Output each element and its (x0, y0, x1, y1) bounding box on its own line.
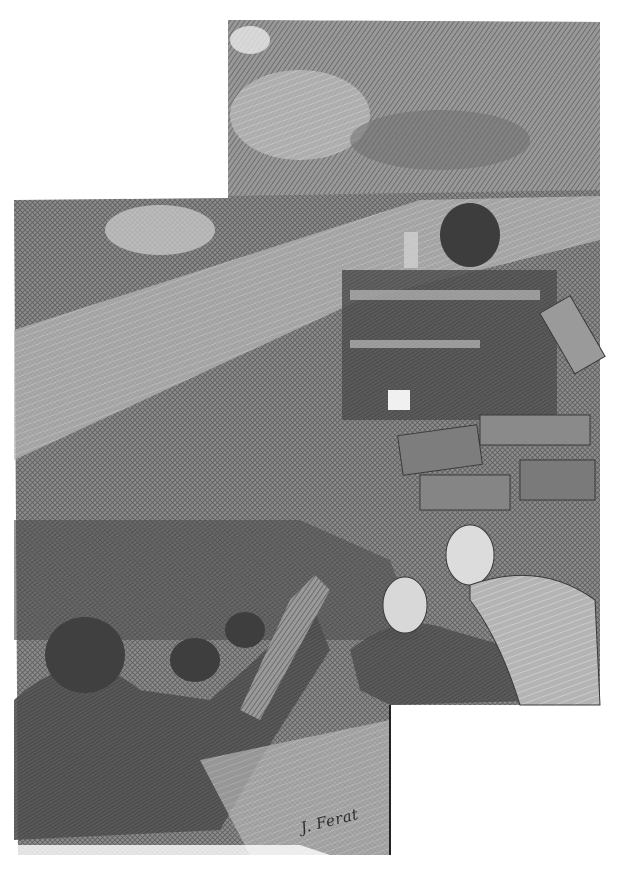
engraving-illustration (0, 0, 640, 881)
illustration-body (14, 20, 605, 855)
